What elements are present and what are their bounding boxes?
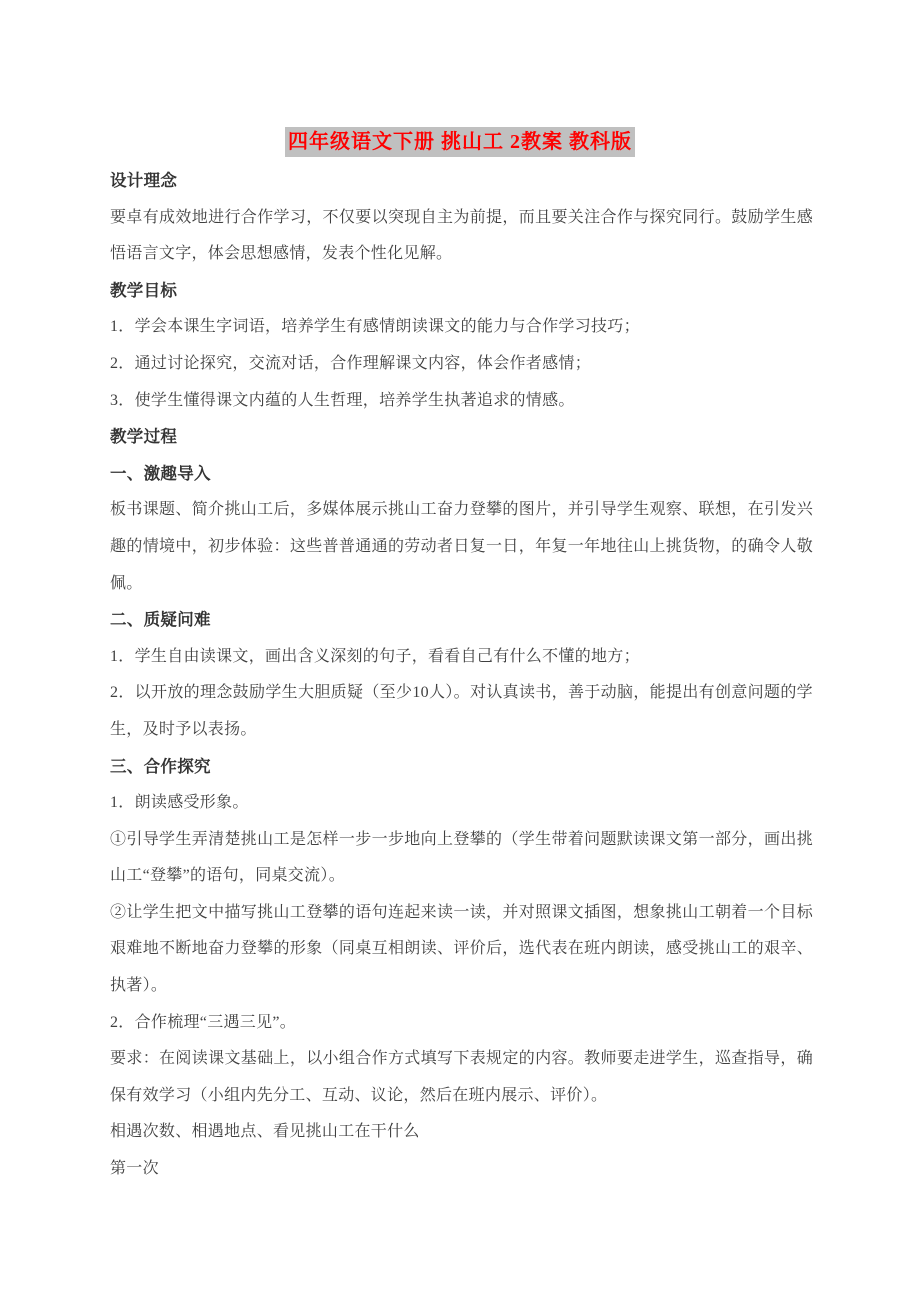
document-title: 四年级语文下册 挑山工 2教案 教科版 (0, 0, 920, 157)
heading-paragraph: 二、质疑问难 (110, 602, 813, 639)
heading-paragraph: 三、合作探究 (110, 749, 813, 786)
body-paragraph: 3．使学生懂得课文内蕴的人生哲理，培养学生执著追求的情感。 (110, 383, 813, 420)
document-title-text: 四年级语文下册 挑山工 2教案 教科版 (285, 127, 635, 157)
body-paragraph: 2．合作梳理“三遇三见”。 (110, 1005, 813, 1042)
body-paragraph: 1．学会本课生字词语，培养学生有感情朗读课文的能力与合作学习技巧； (110, 309, 813, 346)
body-paragraph: ①引导学生弄清楚挑山工是怎样一步一步地向上登攀的（学生带着问题默读课文第一部分，… (110, 822, 813, 895)
body-paragraph: 板书课题、简介挑山工后，多媒体展示挑山工奋力登攀的图片，并引导学生观察、联想，在… (110, 492, 813, 602)
heading-paragraph: 教学过程 (110, 419, 813, 456)
heading-paragraph: 教学目标 (110, 273, 813, 310)
body-paragraph: 1．朗读感受形象。 (110, 785, 813, 822)
heading-paragraph: 一、激趣导入 (110, 456, 813, 493)
document-page: 四年级语文下册 挑山工 2教案 教科版 设计理念要卓有成效地进行合作学习，不仅要… (0, 0, 920, 1302)
body-paragraph: 要卓有成效地进行合作学习，不仅要以突现自主为前提，而且要关注合作与探究同行。鼓励… (110, 200, 813, 273)
body-paragraph: 相遇次数、相遇地点、看见挑山工在干什么 (110, 1114, 813, 1151)
body-paragraph: 2．以开放的理念鼓励学生大胆质疑（至少10人）。对认真读书，善于动脑，能提出有创… (110, 675, 813, 748)
body-paragraph: 1．学生自由读课文，画出含义深刻的句子，看看自己有什么不懂的地方； (110, 639, 813, 676)
document-body: 设计理念要卓有成效地进行合作学习，不仅要以突现自主为前提，而且要关注合作与探究同… (110, 163, 813, 1188)
body-paragraph: 2．通过讨论探究，交流对话，合作理解课文内容，体会作者感情； (110, 346, 813, 383)
body-paragraph: 要求：在阅读课文基础上，以小组合作方式填写下表规定的内容。教师要走进学生，巡查指… (110, 1041, 813, 1114)
body-paragraph: ②让学生把文中描写挑山工登攀的语句连起来读一读，并对照课文插图，想象挑山工朝着一… (110, 895, 813, 1005)
heading-paragraph: 设计理念 (110, 163, 813, 200)
body-paragraph: 第一次 (110, 1151, 813, 1188)
